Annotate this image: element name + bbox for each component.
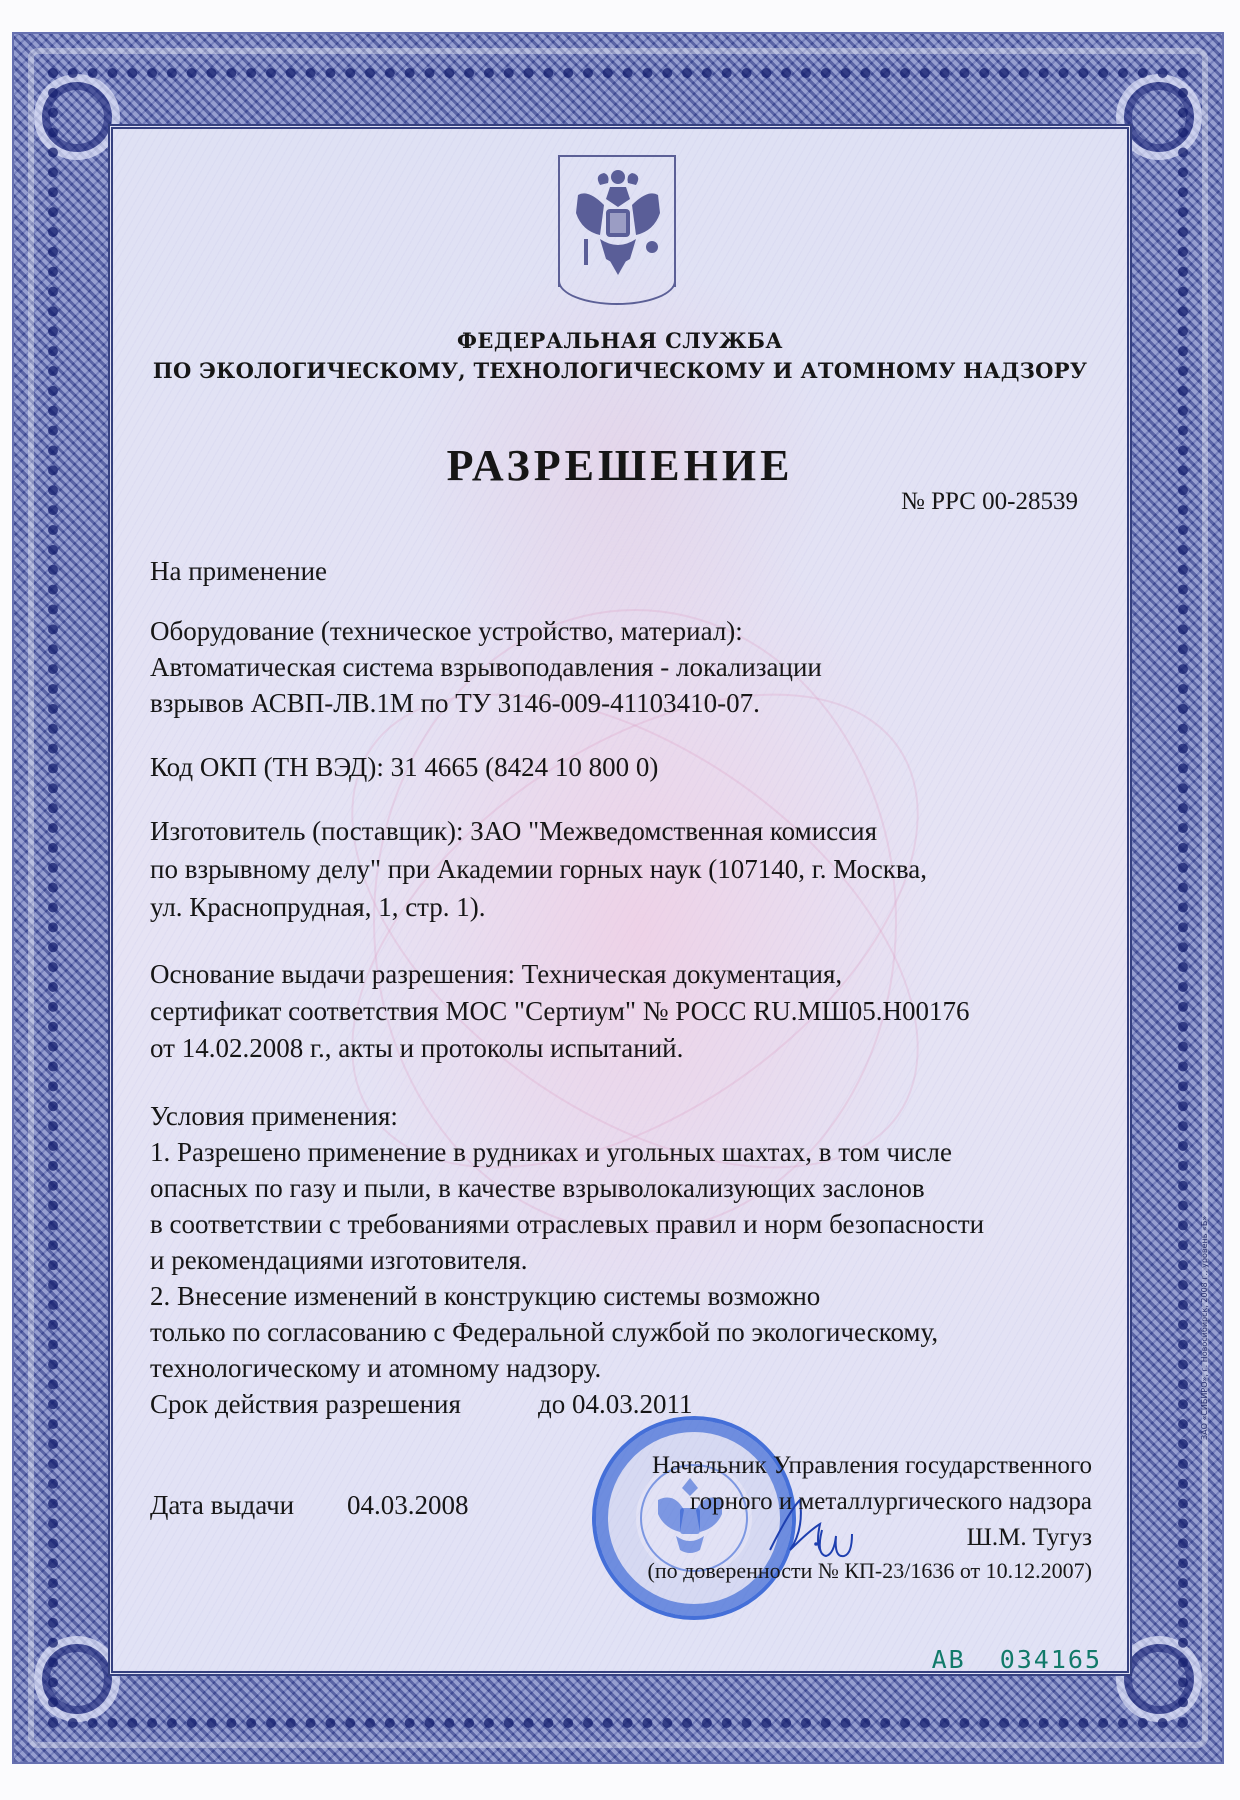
serial-digits: 034165 — [1000, 1645, 1102, 1674]
basis-line: от 14.02.2008 г., акты и протоколы испыт… — [150, 1029, 683, 1067]
manufacturer-line: по взрывному делу" при Академии горных н… — [150, 850, 927, 888]
manufacturer-line: ул. Краснопрудная, 1, стр. 1). — [150, 888, 486, 926]
document-title: РАЗРЕШЕНИЕ — [0, 440, 1240, 491]
manufacturer-line: Изготовитель (поставщик): ЗАО "Межведомс… — [150, 812, 877, 850]
signatory-title: Начальник Управления государственного — [652, 1450, 1092, 1482]
agency-name-line2: ПО ЭКОЛОГИЧЕСКОМУ, ТЕХНОЛОГИЧЕСКОМУ И АТ… — [0, 358, 1240, 383]
condition-line: и рекомендациями изготовителя. — [150, 1241, 528, 1279]
printer-note: ЗАО «СИБИРО», г. Новосибирск, 2008 г., у… — [1200, 1216, 1209, 1440]
agency-name: ФЕДЕРАЛЬНАЯ СЛУЖБА — [0, 328, 1240, 353]
basis-line: сертификат соответствия МОС "Сертиум" № … — [150, 992, 970, 1030]
condition-line: в соответствии с требованиями отраслевых… — [150, 1205, 984, 1243]
product-code: Код ОКП (ТН ВЭД): 31 4665 (8424 10 800 0… — [150, 748, 658, 786]
serial-number: АВ034165 — [932, 1645, 1102, 1674]
issue-date-value: 04.03.2008 — [347, 1486, 469, 1524]
signatory-name: Ш.М. Тугуз — [967, 1522, 1092, 1554]
russian-coat-of-arms-icon — [558, 155, 676, 287]
proxy-note: (по доверенности № КП-23/1636 от 10.12.2… — [648, 1555, 1092, 1587]
basis-line: Основание выдачи разрешения: Техническая… — [150, 955, 842, 993]
validity-label: Срок действия разрешения — [150, 1385, 461, 1423]
condition-line: технологическому и атомному надзору. — [150, 1349, 601, 1387]
permit-number: № РРС 00-28539 — [901, 488, 1078, 516]
equipment-line: Оборудование (техническое устройство, ма… — [150, 612, 743, 650]
conditions-heading: Условия применения: — [150, 1097, 398, 1135]
condition-line: 2. Внесение изменений в конструкцию сист… — [150, 1277, 820, 1315]
condition-line: 1. Разрешено применение в рудниках и уго… — [150, 1133, 952, 1171]
condition-line: только по согласованию с Федеральной слу… — [150, 1313, 938, 1351]
equipment-line: взрывов АСВП-ЛВ.1М по ТУ 3146-009-411034… — [150, 684, 760, 722]
condition-line: опасных по газу и пыли, в качестве взрыв… — [150, 1169, 925, 1207]
equipment-line: Автоматическая система взрывоподавления … — [150, 648, 822, 686]
signatory-title-line2: горного и металлургического надзора — [690, 1486, 1092, 1518]
serial-series: АВ — [932, 1645, 966, 1674]
purpose: На применение — [150, 552, 327, 590]
issue-date-label: Дата выдачи — [150, 1486, 294, 1524]
